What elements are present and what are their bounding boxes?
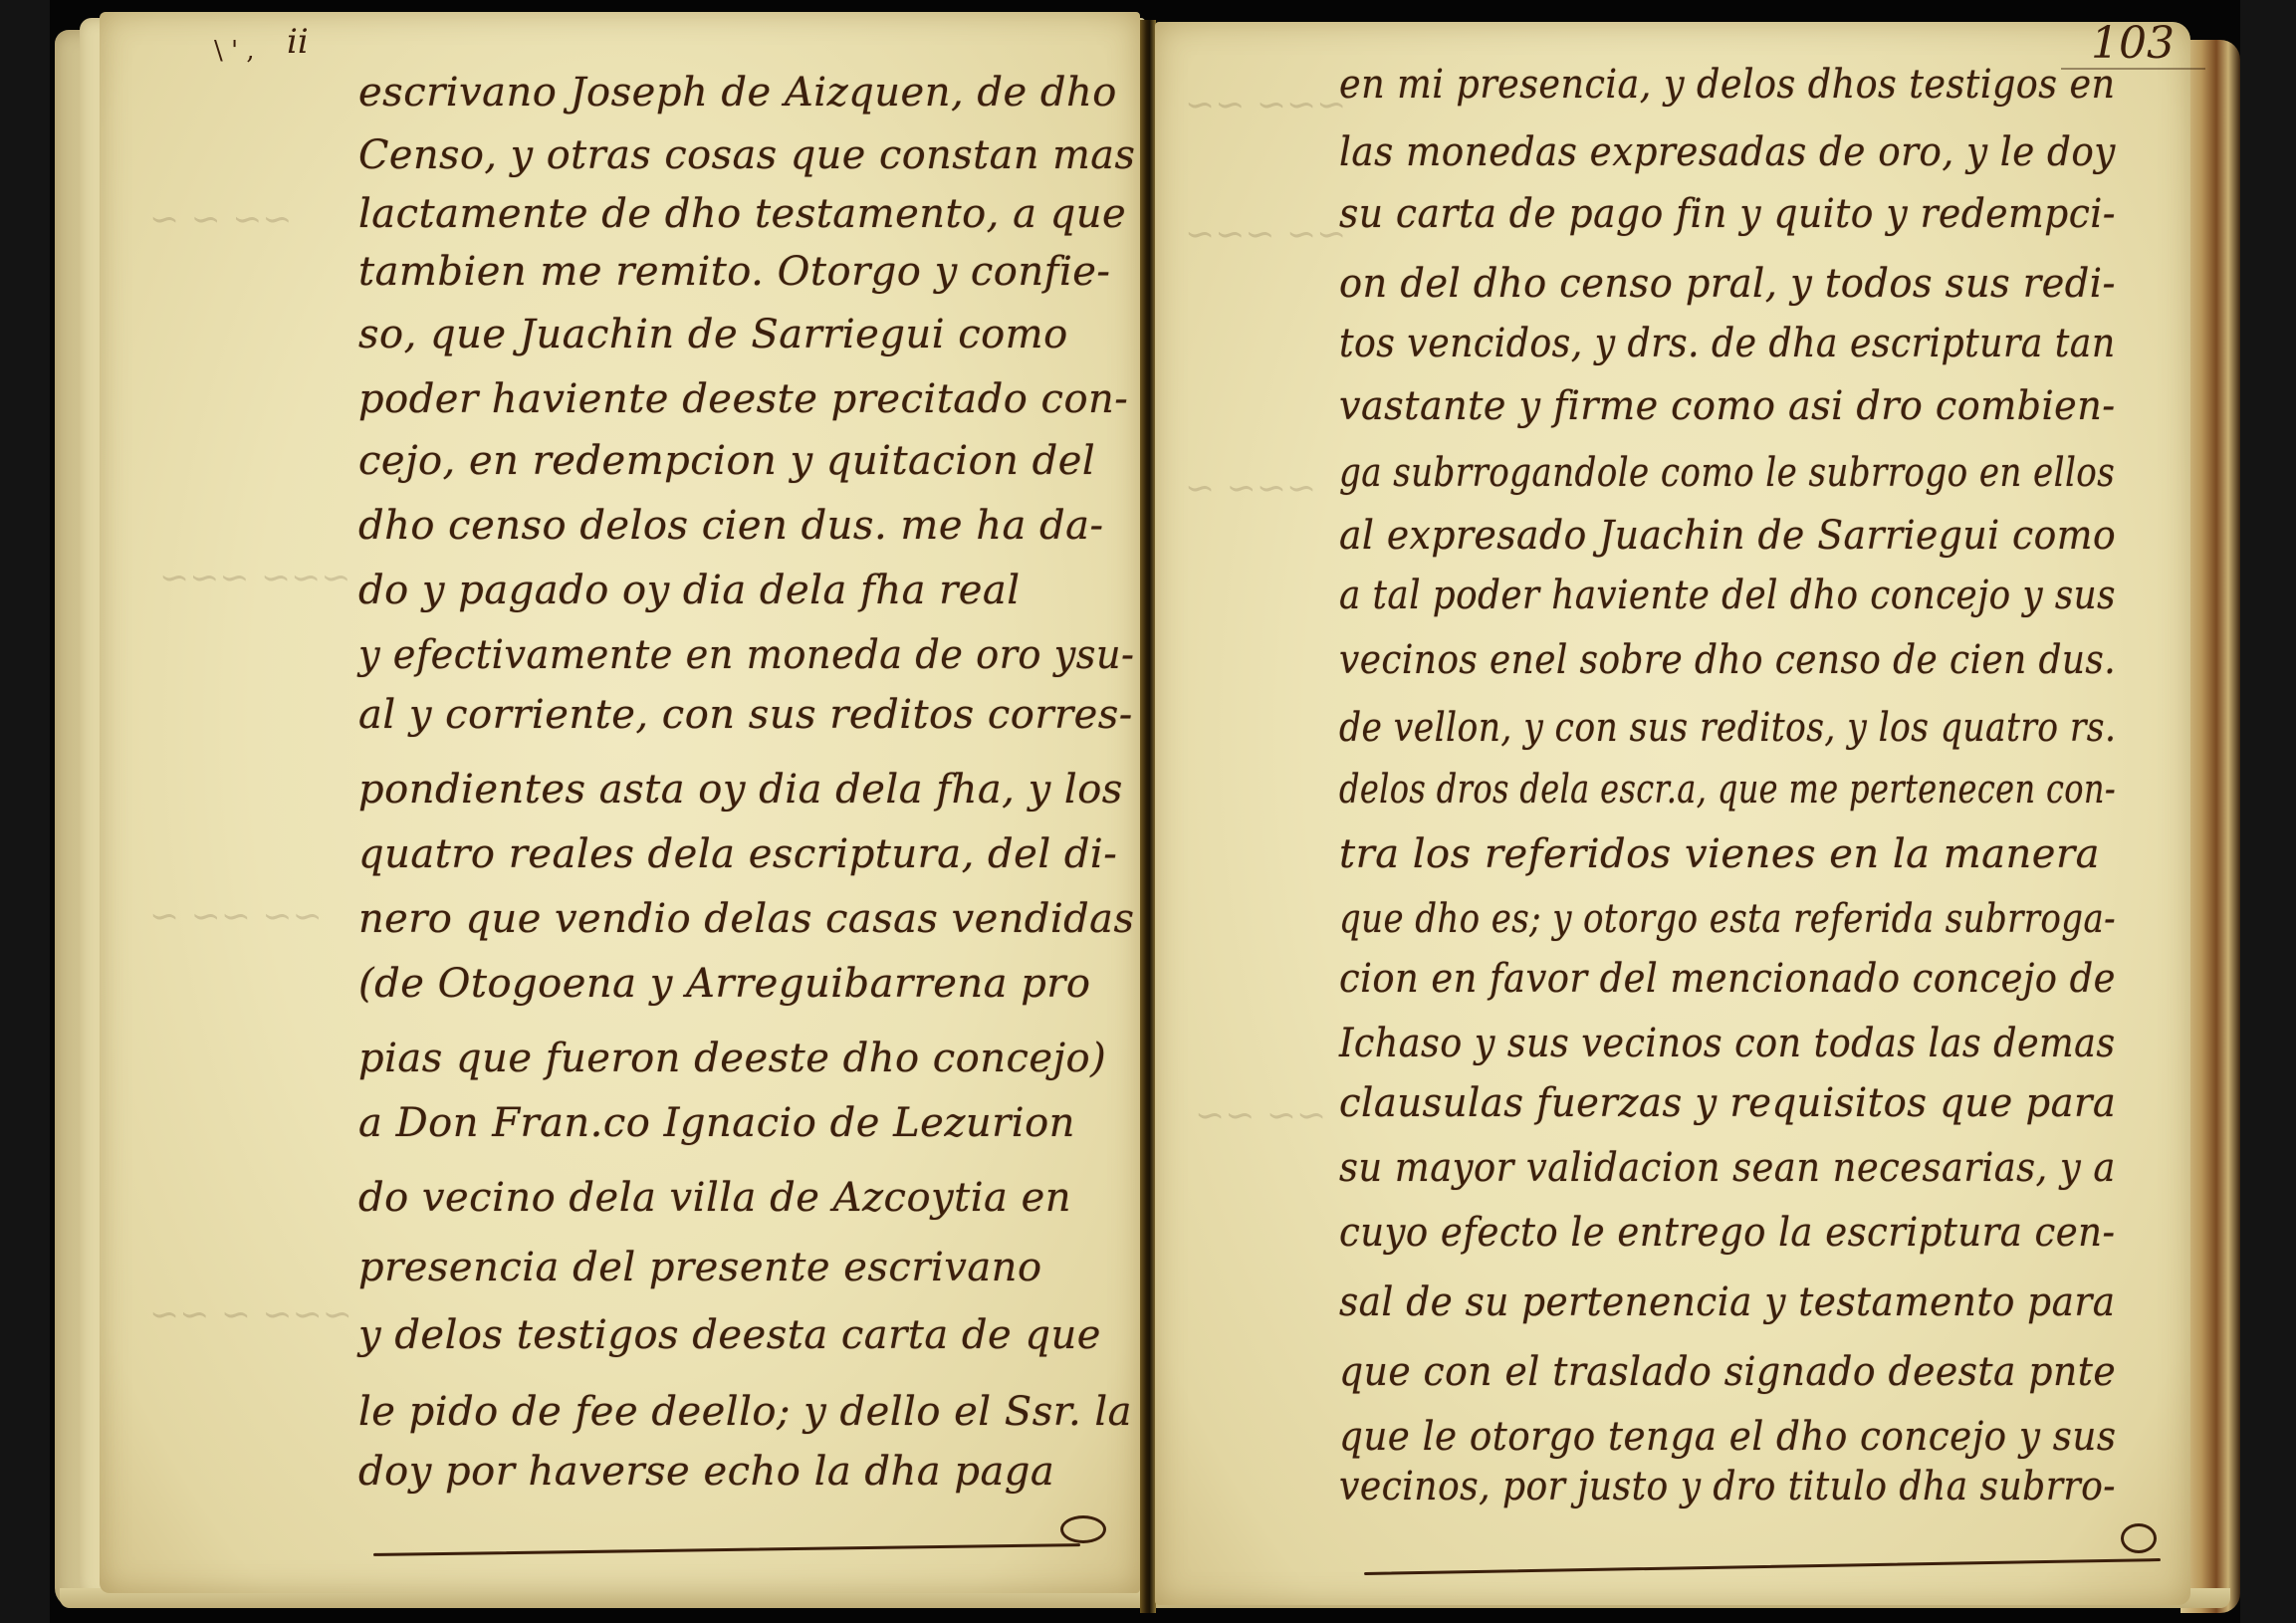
text-line: Ichaso y sus vecinos con todas las demas xyxy=(1339,1021,2116,1066)
text-line: y delos testigos deesta carta de que xyxy=(358,1312,1101,1358)
text-line: do y pagado oy dia dela fha real xyxy=(358,568,1021,613)
text-line: cejo, en redempcion y quitacion del xyxy=(358,438,1095,484)
text-line: que con el traslado signado deesta pnte xyxy=(1339,1349,2116,1395)
text-line: presencia del presente escrivano xyxy=(358,1245,1042,1290)
margin-corner-mark: \ ' , xyxy=(214,36,255,66)
text-line: on del dho censo pral, y todos sus redi- xyxy=(1339,261,2116,307)
ink-bleed-through: ~~ ~ ~ xyxy=(149,199,293,240)
text-line: tra los referidos vienes en la manera xyxy=(1339,831,2100,877)
text-line: y efectivamente en moneda de oro ysu- xyxy=(358,632,1134,678)
text-line: cion en favor del mencionado concejo de xyxy=(1339,956,2116,1002)
text-line: dho censo delos cien dus. me ha da- xyxy=(358,503,1104,549)
ink-bleed-through: ~~~ ~ ~~ xyxy=(149,1294,352,1335)
text-line: cuyo efecto le entrego la escriptura cen… xyxy=(1339,1210,2115,1256)
text-line: al y corriente, con sus reditos corres- xyxy=(358,692,1133,738)
text-line: do vecino dela villa de Azcoytia en xyxy=(358,1175,1071,1221)
text-line: Censo, y otras cosas que constan mas xyxy=(358,132,1135,178)
ink-bleed-through: ~~~ ~ xyxy=(1185,468,1316,509)
text-line: vastante y firme como asi dro combien- xyxy=(1339,383,2116,429)
text-line: vecinos enel sobre dho censo de cien dus… xyxy=(1339,637,2116,683)
ink-bleed-through: ~~ ~~~ xyxy=(1185,214,1346,255)
text-line: tos vencidos, y drs. de dha escriptura t… xyxy=(1339,321,2116,366)
text-line: le pido de fee deello; y dello el Ssr. l… xyxy=(358,1389,1132,1435)
text-line: a Don Fran.co Ignacio de Lezurion xyxy=(358,1100,1075,1146)
ink-bleed-through: ~~ ~~ xyxy=(1195,1095,1326,1136)
text-line: en mi presencia, y delos dhos testigos e… xyxy=(1339,62,2116,108)
text-line: al expresado Juachin de Sarriegui como xyxy=(1339,513,2116,559)
closing-flourish-loop xyxy=(2121,1523,2157,1553)
text-line: escrivano Joseph de Aizquen, de dho xyxy=(358,70,1117,116)
text-line: ga subrrogandole como le subrrogo en ell… xyxy=(1339,450,2115,496)
text-line: (de Otogoena y Arreguibarrena pro xyxy=(358,961,1091,1007)
text-line: que dho es; y otorgo esta referida subrr… xyxy=(1339,896,2116,942)
text-line: nero que vendio delas casas vendidas xyxy=(358,896,1134,942)
ink-bleed-through: ~~ ~~ ~ xyxy=(149,896,323,937)
text-line: doy por haverse echo la dha paga xyxy=(358,1449,1054,1495)
margin-mark: ii xyxy=(287,22,309,62)
book-gutter xyxy=(1140,20,1156,1613)
text-line: vecinos, por justo y dro titulo dha subr… xyxy=(1339,1464,2116,1509)
text-line: pondientes asta oy dia dela fha, y los xyxy=(358,767,1123,812)
text-line: a tal poder haviente del dho concejo y s… xyxy=(1339,573,2116,618)
text-line: quatro reales dela escriptura, del di- xyxy=(358,831,1117,877)
ink-bleed-through: ~~~ ~~ xyxy=(1185,85,1346,125)
text-line: tambien me remito. Otorgo y confie- xyxy=(358,249,1110,295)
text-line: so, que Juachin de Sarriegui como xyxy=(358,312,1068,357)
text-line: poder haviente deeste precitado con- xyxy=(358,376,1128,422)
text-line: de vellon, y con sus reditos, y los quat… xyxy=(1339,705,2116,751)
text-line: sal de su pertenencia y testamento para xyxy=(1339,1279,2115,1325)
text-line: pias que fueron deeste dho concejo) xyxy=(358,1036,1106,1081)
text-line: su carta de pago fin y quito y redempci- xyxy=(1339,191,2116,237)
closing-flourish-loop xyxy=(1060,1515,1106,1543)
text-line: delos dros dela escr.a, que me pertenece… xyxy=(1339,767,2116,812)
ink-bleed-through: ~~~ ~~~ xyxy=(159,558,350,598)
text-line: las monedas expresadas de oro, y le doy xyxy=(1339,129,2116,175)
text-line: su mayor validacion sean necesarias, y a xyxy=(1339,1145,2116,1191)
text-line: clausulas fuerzas y requisitos que para xyxy=(1339,1080,2116,1126)
text-line: lactamente de dho testamento, a que xyxy=(358,191,1126,237)
text-line: que le otorgo tenga el dho concejo y sus xyxy=(1339,1414,2116,1460)
